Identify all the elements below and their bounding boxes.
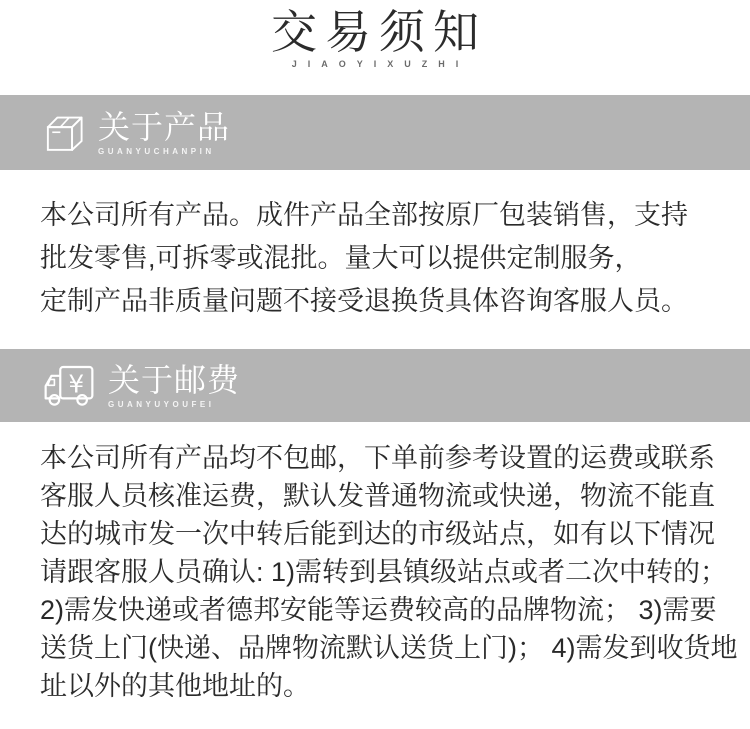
section-postage-body: 本公司所有产品均不包邮，下单前参考设置的运费或联系 客服人员核准运费，默认发普通… bbox=[40, 439, 712, 705]
section-products-banner: 关于产品 GUANYUCHANPIN bbox=[0, 95, 750, 170]
section-products-body: 本公司所有产品。成件产品全部按原厂包装销售，支持 批发零售,可拆零或混批。量大可… bbox=[40, 194, 712, 323]
delivery-truck-yen-icon: ¥ bbox=[42, 363, 96, 409]
body-line: 本公司所有产品。成件产品全部按原厂包装销售，支持 bbox=[40, 194, 712, 237]
body-line: 客服人员核准运费，默认发普通物流或快递，物流不能直 bbox=[40, 477, 712, 515]
body-line: 达的城市发一次中转后能到达的市级站点，如有以下情况 bbox=[40, 515, 712, 553]
section-products-banner-text: 关于产品 GUANYUCHANPIN bbox=[98, 109, 230, 156]
body-line: 2)需发快递或者德邦安能等运费较高的品牌物流； 3)需要 bbox=[40, 591, 712, 629]
body-line: 批发零售,可拆零或混批。量大可以提供定制服务， bbox=[40, 237, 712, 280]
section-products: 关于产品 GUANYUCHANPIN 本公司所有产品。成件产品全部按原厂包装销售… bbox=[0, 95, 750, 323]
section-postage-banner: ¥ 关于邮费 GUANYUYOUFEI bbox=[0, 349, 750, 422]
body-line: 送货上门(快递、品牌物流默认送货上门)； 4)需发到收货地 bbox=[40, 629, 712, 667]
section-postage-heading-pinyin: GUANYUYOUFEI bbox=[108, 400, 240, 409]
page-title-pinyin: JIAOYIXUZHI bbox=[0, 59, 750, 69]
section-products-heading-pinyin: GUANYUCHANPIN bbox=[98, 147, 230, 156]
page-header: 交易须知 JIAOYIXUZHI bbox=[0, 0, 750, 69]
section-postage-banner-text: 关于邮费 GUANYUYOUFEI bbox=[108, 362, 240, 409]
section-postage-heading: 关于邮费 bbox=[108, 362, 240, 398]
package-box-icon bbox=[42, 108, 86, 158]
body-line: 定制产品非质量问题不接受退换货具体咨询客服人员。 bbox=[40, 280, 712, 323]
section-postage: ¥ 关于邮费 GUANYUYOUFEI 本公司所有产品均不包邮，下单前参考设置的… bbox=[0, 349, 750, 705]
body-line: 本公司所有产品均不包邮，下单前参考设置的运费或联系 bbox=[40, 439, 712, 477]
body-line: 址以外的其他地址的。 bbox=[40, 667, 712, 705]
body-line: 请跟客服人员确认: 1)需转到县镇级站点或者二次中转的； bbox=[40, 553, 712, 591]
section-products-heading: 关于产品 bbox=[98, 109, 230, 145]
page-title: 交易须知 bbox=[0, 6, 750, 58]
transaction-notice-page: 交易须知 JIAOYIXUZHI 关于产品 GUANYUCHANPIN 本公司所… bbox=[0, 0, 750, 729]
